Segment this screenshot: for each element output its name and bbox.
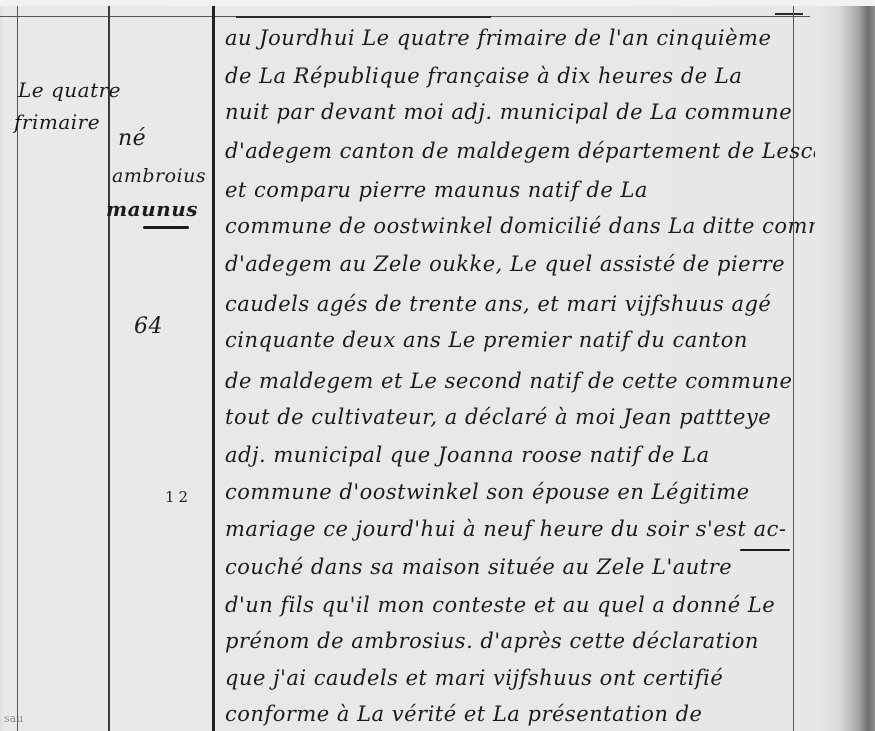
body-line-8: caudels agés de trente ans, et mari vijf… xyxy=(225,292,815,316)
body-line-16: d'un fils qu'il mon conteste et au quel … xyxy=(225,593,815,617)
body-line-6: commune de oostwinkel domicilié dans La … xyxy=(225,214,815,238)
margin-date-line-1: Le quatre xyxy=(18,78,121,102)
body-line-17: prénom de ambrosius. d'après cette décla… xyxy=(225,629,815,653)
body-line-5: et comparu pierre maunus natif de La xyxy=(225,178,815,202)
column-rule-margin xyxy=(108,6,110,731)
body-line-14: mariage ce jourd'hui à neuf heure du soi… xyxy=(225,517,815,541)
body-line-19: conforme à La vérité et La présentation … xyxy=(225,702,815,726)
bottom-left-smudge: sau xyxy=(4,712,23,725)
surname-underline xyxy=(143,226,189,229)
scan-top-border xyxy=(0,0,875,6)
margin-entry-mark: 64 xyxy=(134,314,163,339)
header-rule xyxy=(236,16,491,18)
register-page: Le quatre frimaire né ambroius maunus 64… xyxy=(0,0,875,731)
body-line-4: d'adegem canton de maldegem département … xyxy=(225,139,815,163)
body-line-18: que j'ai caudels et mari vijfshuus ont c… xyxy=(225,666,815,690)
body-line-11: tout de cultivateur, a déclaré à moi Jea… xyxy=(225,405,815,429)
body-line-1: au Jourdhui Le quatre frimaire de l'an c… xyxy=(225,26,815,50)
body-line-2: de La République française à dix heures … xyxy=(225,64,815,88)
body-line-3: nuit par devant moi adj. municipal de La… xyxy=(225,100,815,124)
body-line-10: de maldegem et Le second natif de cette … xyxy=(225,369,815,393)
margin-given-name: ambroius xyxy=(112,165,206,187)
body-line-7: d'adegem au Zele oukke, Le quel assisté … xyxy=(225,252,815,276)
body-line-9: cinquante deux ans Le premier natif du c… xyxy=(225,328,815,352)
column-rule-body xyxy=(212,6,215,731)
header-rule-right xyxy=(775,13,803,15)
body-line-12: adj. municipal que Joanna roose natif de… xyxy=(225,443,815,467)
body-line-15: couché dans sa maison située au Zele L'a… xyxy=(225,555,815,579)
margin-surname: maunus xyxy=(106,197,198,221)
margin-date-line-2: frimaire xyxy=(14,110,100,134)
line-end-flourish xyxy=(740,549,790,551)
body-line-13: commune d'oostwinkel son épouse en Légit… xyxy=(225,480,815,504)
entry-number: 12 xyxy=(165,488,192,506)
margin-event-born: né xyxy=(118,126,146,151)
